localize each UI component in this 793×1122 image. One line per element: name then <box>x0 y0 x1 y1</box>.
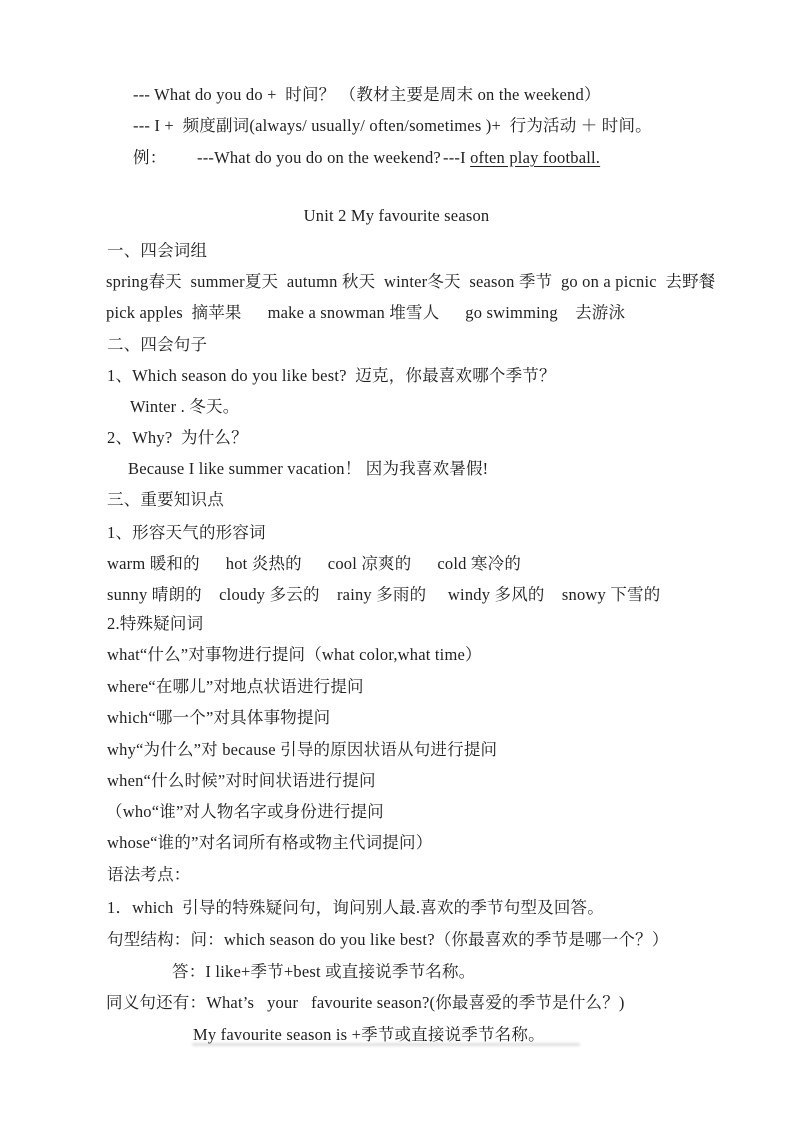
weather-words-line-1: warm 暖和的 hot 炎热的 cool 凉爽的 cold 寒冷的 <box>107 553 521 575</box>
question-word-when: when“什么时候”对时间状语进行提问 <box>107 770 376 792</box>
example-answer-underlined: often play football. <box>470 148 600 167</box>
question-word-what: what“什么”对事物进行提问（what color,what time） <box>107 644 482 666</box>
section2-question-2: 2、Why? 为什么？ <box>107 427 248 449</box>
section2-question-1: 1、Which season do you like best? 迈克，你最喜欢… <box>107 365 556 387</box>
weather-adjectives-heading: 1、形容天气的形容词 <box>107 522 266 544</box>
section2-answer-2: Because I like summer vacation！ 因为我喜欢暑假! <box>128 458 488 480</box>
question-word-which: which“哪一个”对具体事物提问 <box>107 707 330 729</box>
scan-artifact-streak <box>192 1043 580 1046</box>
section2-heading: 二、四会句子 <box>107 334 207 356</box>
example-answer: ---I often play football. <box>443 147 600 169</box>
question-word-who: （who“谁”对人物名字或身份进行提问 <box>106 801 384 823</box>
section1-heading: 一、四会词组 <box>107 240 207 262</box>
sentence-pattern-answer: 答：I like+季节+best 或直接说季节名称。 <box>172 961 475 983</box>
section1-words-line-2: pick apples 摘苹果 make a snowman 堆雪人 go sw… <box>106 302 625 324</box>
intro-example-line: 例： ---What do you do on the weekend? ---… <box>133 147 693 257</box>
question-words-heading: 2.特殊疑问词 <box>107 613 203 635</box>
weather-words-line-2: sunny 晴朗的 cloudy 多云的 rainy 多雨的 windy 多风的… <box>107 584 660 606</box>
example-label: 例： <box>133 147 166 169</box>
synonym-sentence: 同义句还有：What’s your favourite season?(你最喜爱… <box>106 992 625 1014</box>
example-answer-prefix: ---I <box>443 148 470 167</box>
grammar-point-1: 1．which 引导的特殊疑问句，询问别人最.喜欢的季节句型及回答。 <box>107 897 604 919</box>
document-page: --- What do you do + 时间？ （教材主要是周末 on the… <box>0 0 793 1122</box>
question-word-whose: whose“谁的”对名词所有格或物主代词提问） <box>107 832 432 854</box>
example-question: ---What do you do on the weekend? <box>197 147 441 169</box>
intro-line-2: --- I + 频度副词(always/ usually/ often/some… <box>133 115 652 137</box>
sentence-pattern-question: 句型结构：问：which season do you like best?（你最… <box>107 929 669 951</box>
question-word-why: why“为什么”对 because 引导的原因状语从句进行提问 <box>107 739 497 761</box>
section1-words-line-1: spring春天 summer夏天 autumn 秋天 winter冬天 sea… <box>106 271 716 293</box>
page-title: Unit 2 My favourite season <box>0 205 793 227</box>
intro-line-1: --- What do you do + 时间？ （教材主要是周末 on the… <box>133 84 601 106</box>
grammar-points-heading: 语法考点： <box>107 864 191 886</box>
section2-answer-1: Winter . 冬天。 <box>130 396 239 418</box>
section3-heading: 三、重要知识点 <box>107 489 224 511</box>
question-word-where: where“在哪儿”对地点状语进行提问 <box>107 676 364 698</box>
